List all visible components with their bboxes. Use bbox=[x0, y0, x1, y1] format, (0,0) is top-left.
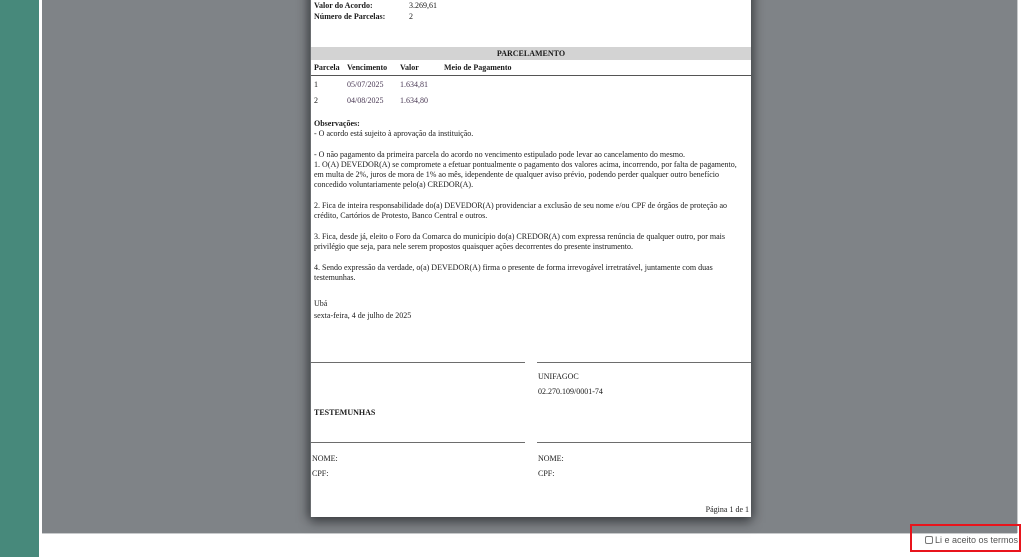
signature-line-witness-2 bbox=[537, 442, 751, 443]
observation-item: - O não pagamento da primeira parcela do… bbox=[314, 150, 746, 160]
witness-name-label: NOME: bbox=[312, 451, 338, 466]
summary-value: 2 bbox=[409, 11, 413, 22]
signature-line-credor bbox=[537, 362, 751, 363]
installments-header: Parcela Vencimento Valor Meio de Pagamen… bbox=[311, 60, 751, 76]
witness-1: NOME: CPF: bbox=[312, 451, 338, 481]
accept-terms-checkbox[interactable] bbox=[925, 536, 933, 544]
city: Ubá bbox=[314, 298, 411, 310]
observations: Observações: - O acordo está sujeito à a… bbox=[314, 119, 746, 283]
cell-parcela: 2 bbox=[314, 95, 318, 107]
observation-item: 4. Sendo expressão da verdade, o(a) DEVE… bbox=[314, 263, 746, 283]
cell-vencimento: 04/08/2025 bbox=[347, 95, 383, 107]
accept-terms[interactable]: Li e aceito os termos bbox=[925, 535, 1018, 545]
witness-name-label: NOME: bbox=[538, 451, 564, 466]
agreement-summary: Valor dos Encargos: 0,00 Valor do Descon… bbox=[314, 0, 437, 22]
observation-item: 2. Fica de inteira responsabilidade do(a… bbox=[314, 201, 746, 221]
summary-value: 3.269,61 bbox=[409, 0, 437, 11]
sidebar bbox=[0, 0, 39, 557]
column-header: Parcela bbox=[314, 60, 340, 75]
cell-parcela: 1 bbox=[314, 79, 318, 91]
signature-line-witness-1 bbox=[311, 442, 525, 443]
observations-title: Observações: bbox=[314, 119, 746, 129]
witness-2: NOME: CPF: bbox=[538, 451, 564, 481]
cell-vencimento: 05/07/2025 bbox=[347, 79, 383, 91]
witness-cpf-label: CPF: bbox=[312, 466, 338, 481]
observation-item: 1. O(A) DEVEDOR(A) se compromete a efetu… bbox=[314, 160, 746, 190]
summary-row: Valor do Acordo: 3.269,61 bbox=[314, 0, 437, 11]
page-number: Página 1 de 1 bbox=[706, 505, 749, 514]
column-header: Vencimento bbox=[347, 60, 387, 75]
observation-item: - O acordo está sujeito à aprovação da i… bbox=[314, 129, 746, 139]
document-page: Valor dos Encargos: 0,00 Valor do Descon… bbox=[310, 0, 751, 517]
table-row: 1 05/07/2025 1.634,81 bbox=[311, 79, 751, 93]
date: sexta-feira, 4 de julho de 2025 bbox=[314, 310, 411, 322]
cell-valor: 1.634,80 bbox=[400, 95, 428, 107]
credor-cnpj: 02.270.109/0001-74 bbox=[538, 384, 603, 399]
credor-name: UNIFAGOC bbox=[538, 369, 603, 384]
summary-row: Número de Parcelas: 2 bbox=[314, 11, 437, 22]
column-header: Valor bbox=[400, 60, 419, 75]
place-and-date: Ubá sexta-feira, 4 de julho de 2025 bbox=[314, 298, 411, 322]
accept-terms-label[interactable]: Li e aceito os termos bbox=[935, 535, 1018, 545]
document-viewer[interactable]: Valor dos Encargos: 0,00 Valor do Descon… bbox=[42, 0, 1017, 533]
summary-label: Número de Parcelas: bbox=[314, 11, 409, 22]
parcelamento-heading: PARCELAMENTO bbox=[311, 47, 751, 60]
cell-valor: 1.634,81 bbox=[400, 79, 428, 91]
witnesses-title: TESTEMUNHAS bbox=[314, 408, 375, 417]
table-row: 2 04/08/2025 1.634,80 bbox=[311, 95, 751, 109]
summary-label: Valor do Acordo: bbox=[314, 0, 409, 11]
witness-cpf-label: CPF: bbox=[538, 466, 564, 481]
signature-line-devedor bbox=[311, 362, 525, 363]
credor-info: UNIFAGOC 02.270.109/0001-74 bbox=[538, 369, 603, 399]
observation-item: 3. Fica, desde já, eleito o Foro da Coma… bbox=[314, 232, 746, 252]
column-header: Meio de Pagamento bbox=[444, 60, 512, 75]
